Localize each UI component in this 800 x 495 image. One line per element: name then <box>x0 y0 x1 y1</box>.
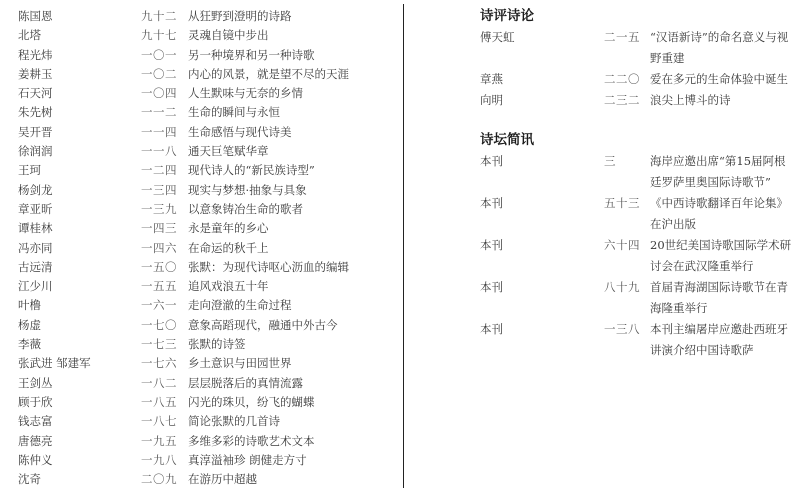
entry-author: 程光炜 <box>18 46 141 65</box>
entry-page-number: 九十二 <box>141 7 188 26</box>
toc-entry[interactable]: 本刊 八十九 首届青海湖国际诗歌节在青海隆重举行 <box>480 277 795 319</box>
entry-author: 唐德亮 <box>18 432 141 451</box>
entry-title[interactable]: 追风戏浪五十年 <box>188 277 388 296</box>
entry-title[interactable]: 以意象铸冶生命的歌者 <box>188 200 388 219</box>
entry-author: 沈奇 <box>18 470 141 489</box>
entry-page-number: 一七三 <box>141 335 188 354</box>
toc-entry[interactable]: 沈奇 二〇九 在游历中超越 <box>18 470 388 489</box>
entry-page-number: 三 <box>604 151 650 172</box>
entry-author: 石天河 <box>18 84 141 103</box>
entry-author: 谭桂林 <box>18 219 141 238</box>
toc-entry[interactable]: 钱志富 一八七 简论张默的几首诗 <box>18 412 388 431</box>
entry-author: 杨剑龙 <box>18 181 141 200</box>
entry-author: 杨虚 <box>18 316 141 335</box>
entry-title[interactable]: 意象高蹈现代，融通中外古今 <box>188 316 388 335</box>
toc-entry[interactable]: 陈国恩 九十二 从狂野到澄明的诗路 <box>18 7 388 26</box>
entry-author: 章亚昕 <box>18 200 141 219</box>
toc-entry[interactable]: 傅天虹 二一五 “汉语新诗”的命名意义与视野重建 <box>480 27 795 69</box>
entry-title[interactable]: 生命感悟与现代诗美 <box>188 123 388 142</box>
toc-entry[interactable]: 石天河 一〇四 人生默味与无奈的乡情 <box>18 84 388 103</box>
section-poetry-news: 诗坛简讯 本刊 三 海岸应邀出席“第15届阿根廷罗萨里奥国际诗歌节” 本刊 五十… <box>480 130 795 361</box>
entry-page-number: 一二四 <box>141 161 188 180</box>
toc-entry[interactable]: 陈仲义 一九八 真淳溢袖珍 朗健走方寸 <box>18 451 388 470</box>
toc-entry[interactable]: 北塔 九十七 灵魂自镜中步出 <box>18 26 388 45</box>
entry-author: 姜耕玉 <box>18 65 141 84</box>
entry-page-number: 一五〇 <box>141 258 188 277</box>
toc-entry[interactable]: 冯亦同 一四六 在命运的秋千上 <box>18 239 388 258</box>
entry-author: 江少川 <box>18 277 141 296</box>
toc-entry[interactable]: 王剑丛 一八二 层层脱落后的真情流露 <box>18 374 388 393</box>
toc-entry[interactable]: 杨虚 一七〇 意象高蹈现代，融通中外古今 <box>18 316 388 335</box>
entry-author: 吴开晋 <box>18 123 141 142</box>
entry-page-number: 一〇二 <box>141 65 188 84</box>
entry-title[interactable]: 另一种境界和另一种诗歌 <box>188 46 388 65</box>
entry-author: 王珂 <box>18 161 141 180</box>
toc-entry[interactable]: 本刊 一三八 本刊主编屠岸应邀赴西班牙讲演介绍中国诗歌萨 <box>480 319 795 361</box>
entry-title[interactable]: 张默：为现代诗呕心沥血的编辑 <box>188 258 388 277</box>
entry-page-number: 一三四 <box>141 181 188 200</box>
entry-page-number: 一六一 <box>141 296 188 315</box>
entry-page-number: 一七六 <box>141 354 188 373</box>
entry-title[interactable]: 在游历中超越 <box>188 470 388 489</box>
entry-author: 傅天虹 <box>480 27 604 48</box>
entry-page-number: 一〇一 <box>141 46 188 65</box>
toc-entry[interactable]: 李薇 一七三 张默的诗签 <box>18 335 388 354</box>
entry-page-number: 一四六 <box>141 239 188 258</box>
table-of-contents-page: 陈国恩 九十二 从狂野到澄明的诗路 北塔 九十七 灵魂自镜中步出 程光炜 一〇一… <box>0 0 800 495</box>
toc-entry[interactable]: 朱先树 一一二 生命的瞬间与永恒 <box>18 103 388 122</box>
entry-page-number: 二二〇 <box>604 69 650 90</box>
toc-entry[interactable]: 徐润润 一一八 通天巨笔赋华章 <box>18 142 388 161</box>
entry-page-number: 一一八 <box>141 142 188 161</box>
entry-page-number: 六十四 <box>604 235 650 256</box>
toc-entry[interactable]: 章燕 二二〇 爱在多元的生命体验中诞生 <box>480 69 795 90</box>
entry-author: 古远清 <box>18 258 141 277</box>
entry-page-number: 一五五 <box>141 277 188 296</box>
entry-page-number: 一一四 <box>141 123 188 142</box>
toc-entry[interactable]: 本刊 五十三 《中西诗歌翻译百年论集》在沪出版 <box>480 193 795 235</box>
entry-title[interactable]: 现实与梦想·抽象与具象 <box>188 181 388 200</box>
toc-entry[interactable]: 杨剑龙 一三四 现实与梦想·抽象与具象 <box>18 181 388 200</box>
toc-entry[interactable]: 江少川 一五五 追风戏浪五十年 <box>18 277 388 296</box>
entry-page-number: 一九五 <box>141 432 188 451</box>
entry-title[interactable]: 简论张默的几首诗 <box>188 412 388 431</box>
entry-author: 本刊 <box>480 319 604 340</box>
toc-entry[interactable]: 本刊 六十四 20世纪美国诗歌国际学术研讨会在武汉隆重举行 <box>480 235 795 277</box>
entry-title[interactable]: 海岸应邀出席“第15届阿根廷罗萨里奥国际诗歌节” <box>650 151 795 193</box>
toc-entry[interactable]: 章亚昕 一三九 以意象铸冶生命的歌者 <box>18 200 388 219</box>
entry-author: 李薇 <box>18 335 141 354</box>
entry-author: 向明 <box>480 90 604 111</box>
entry-title[interactable]: 首届青海湖国际诗歌节在青海隆重举行 <box>650 277 795 319</box>
entry-title[interactable]: 生命的瞬间与永恒 <box>188 103 388 122</box>
entry-author: 本刊 <box>480 151 604 172</box>
entry-page-number: 二一五 <box>604 27 650 48</box>
entry-page-number: 一三八 <box>604 319 650 340</box>
toc-entry[interactable]: 姜耕玉 一〇二 内心的风景，就是望不尽的天涯 <box>18 65 388 84</box>
entry-page-number: 一〇四 <box>141 84 188 103</box>
entry-title[interactable]: 内心的风景，就是望不尽的天涯 <box>188 65 388 84</box>
entry-page-number: 二三二 <box>604 90 650 111</box>
entry-title[interactable]: 本刊主编屠岸应邀赴西班牙讲演介绍中国诗歌萨 <box>650 319 795 361</box>
entry-author: 顾于欣 <box>18 393 141 412</box>
entry-title[interactable]: 从狂野到澄明的诗路 <box>188 7 388 26</box>
entry-page-number: 一四三 <box>141 219 188 238</box>
entry-title[interactable]: 真淳溢袖珍 朗健走方寸 <box>188 451 388 470</box>
entry-page-number: 一八二 <box>141 374 188 393</box>
entry-title[interactable]: 走向澄澈的生命过程 <box>188 296 388 315</box>
entry-author: 陈国恩 <box>18 7 141 26</box>
entry-author: 陈仲义 <box>18 451 141 470</box>
entry-author: 叶橹 <box>18 296 141 315</box>
entry-author: 本刊 <box>480 277 604 298</box>
entry-author: 钱志富 <box>18 412 141 431</box>
toc-entry[interactable]: 向明 二三二 浪尖上博斗的诗 <box>480 90 795 111</box>
entry-page-number: 九十七 <box>141 26 188 45</box>
entry-title[interactable]: 多维多彩的诗歌艺术文本 <box>188 432 388 451</box>
entry-page-number: 一七〇 <box>141 316 188 335</box>
entry-title[interactable]: 爱在多元的生命体验中诞生 <box>650 69 795 90</box>
entry-page-number: 二〇九 <box>141 470 188 489</box>
entry-title[interactable]: 闪光的珠贝，纷飞的蝴蝶 <box>188 393 388 412</box>
entry-author: 冯亦同 <box>18 239 141 258</box>
toc-entry[interactable]: 谭桂林 一四三 永是童年的乡心 <box>18 219 388 238</box>
entry-title[interactable]: 在命运的秋千上 <box>188 239 388 258</box>
entry-author: 本刊 <box>480 193 604 214</box>
entry-page-number: 五十三 <box>604 193 650 214</box>
entry-title[interactable]: 张默的诗签 <box>188 335 388 354</box>
entry-title[interactable]: 人生默味与无奈的乡情 <box>188 84 388 103</box>
right-column: 诗评诗论 傅天虹 二一五 “汉语新诗”的命名意义与视野重建 章燕 二二〇 爱在多… <box>480 6 795 361</box>
entry-page-number: 八十九 <box>604 277 650 298</box>
entry-author: 张武进 邹建军 <box>18 354 141 373</box>
entry-title[interactable]: 现代诗人的“新民族诗型” <box>188 161 388 180</box>
entry-title[interactable]: 浪尖上博斗的诗 <box>650 90 795 111</box>
entry-author: 徐润润 <box>18 142 141 161</box>
entry-title[interactable]: 灵魂自镜中步出 <box>188 26 388 45</box>
toc-entry[interactable]: 古远清 一五〇 张默：为现代诗呕心沥血的编辑 <box>18 258 388 277</box>
entry-author: 本刊 <box>480 235 604 256</box>
left-column: 陈国恩 九十二 从狂野到澄明的诗路 北塔 九十七 灵魂自镜中步出 程光炜 一〇一… <box>18 7 388 489</box>
toc-entry[interactable]: 张武进 邹建军 一七六 乡土意识与田园世界 <box>18 354 388 373</box>
entry-title[interactable]: 通天巨笔赋华章 <box>188 142 388 161</box>
toc-entry[interactable]: 唐德亮 一九五 多维多彩的诗歌艺术文本 <box>18 432 388 451</box>
entry-title[interactable]: 永是童年的乡心 <box>188 219 388 238</box>
entry-title[interactable]: 20世纪美国诗歌国际学术研讨会在武汉隆重举行 <box>650 235 795 277</box>
entry-page-number: 一三九 <box>141 200 188 219</box>
entry-author: 章燕 <box>480 69 604 90</box>
entry-title[interactable]: “汉语新诗”的命名意义与视野重建 <box>650 27 795 69</box>
entry-page-number: 一九八 <box>141 451 188 470</box>
entry-author: 王剑丛 <box>18 374 141 393</box>
entry-page-number: 一八五 <box>141 393 188 412</box>
entry-title[interactable]: 层层脱落后的真情流露 <box>188 374 388 393</box>
entry-title[interactable]: 乡土意识与田园世界 <box>188 354 388 373</box>
entry-page-number: 一八七 <box>141 412 188 431</box>
toc-entry[interactable]: 顾于欣 一八五 闪光的珠贝，纷飞的蝴蝶 <box>18 393 388 412</box>
toc-entry[interactable]: 本刊 三 海岸应邀出席“第15届阿根廷罗萨里奥国际诗歌节” <box>480 151 795 193</box>
toc-entry[interactable]: 程光炜 一〇一 另一种境界和另一种诗歌 <box>18 46 388 65</box>
column-divider <box>403 4 404 488</box>
section-heading: 诗坛简讯 <box>480 130 795 151</box>
toc-entry[interactable]: 吴开晋 一一四 生命感悟与现代诗美 <box>18 123 388 142</box>
toc-entry[interactable]: 王珂 一二四 现代诗人的“新民族诗型” <box>18 161 388 180</box>
entry-page-number: 一一二 <box>141 103 188 122</box>
entry-author: 北塔 <box>18 26 141 45</box>
section-poetry-criticism: 诗评诗论 傅天虹 二一五 “汉语新诗”的命名意义与视野重建 章燕 二二〇 爱在多… <box>480 6 795 111</box>
section-heading: 诗评诗论 <box>480 6 795 27</box>
entry-title[interactable]: 《中西诗歌翻译百年论集》在沪出版 <box>650 193 795 235</box>
entry-author: 朱先树 <box>18 103 141 122</box>
toc-entry[interactable]: 叶橹 一六一 走向澄澈的生命过程 <box>18 296 388 315</box>
